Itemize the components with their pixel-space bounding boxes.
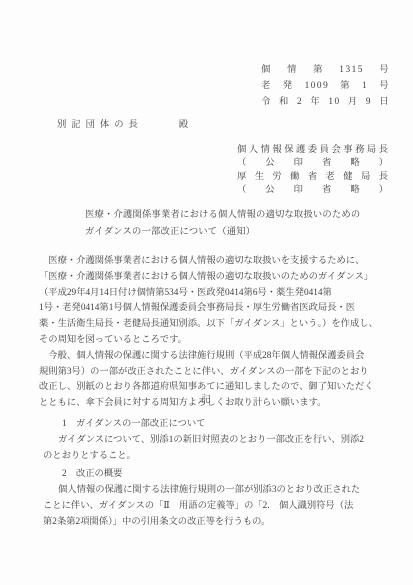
text-line: （平成29年4月14日付け個情第534号・医政発0414第6号・薬生発0414第 <box>39 286 384 302</box>
text-line: ガイダンスについて、別添1の新旧対照表のとおり一部改正を行い、別添2 <box>43 432 388 448</box>
body-paragraph-1: 医療・介護関係事業者における個人情報の適切な取扱いを支援するために、 「医療・介… <box>39 254 384 349</box>
body-text: 医療・介護関係事業者における個人情報の適切な取扱いを支援するために、 「医療・介… <box>39 254 384 412</box>
recipient-honorific: 殿 <box>179 119 188 131</box>
document-number-line: 老発1009第1号 <box>261 78 390 94</box>
document-title-line: 医療・介護関係事業者における個人情報の適切な取扱いのための <box>85 207 360 224</box>
text-line: 薬・生活衛生局長・老健局長通知別添。以下「ガイダンス」という。）を作成し、 <box>39 317 384 333</box>
sender-block: 個人情報保護委員会事務局長 （公印省略） 厚生労働省老健局長 （公印省略） <box>237 144 388 197</box>
document-number-line: 個情第1315号 <box>261 62 390 78</box>
document-page: 個情第1315号 老発1009第1号 令和2年10月9日 別記団体の長 殿 個人… <box>0 0 413 585</box>
document-number-block: 個情第1315号 老発1009第1号 令和2年10月9日 <box>261 62 390 111</box>
text-line: 規則第3号）の一部が改正されたことに伴い、ガイダンスの一部を下記のとおり <box>39 365 384 381</box>
text-line: その周知を図っているところです。 <box>39 333 384 349</box>
text-line: のとおりとすること。 <box>43 448 388 464</box>
section-heading: 2 改正の概要 <box>43 466 388 482</box>
section-heading: 1 ガイダンスの一部改正について <box>43 416 388 432</box>
document-title-line: ガイダンスの一部改正について（通知） <box>85 224 360 241</box>
recipient-name: 別記団体の長 <box>57 119 143 131</box>
text-line: 「医療・介護関係事業者における個人情報の適切な取扱いのためのガイダンス」 <box>39 270 384 286</box>
document-title: 医療・介護関係事業者における個人情報の適切な取扱いのための ガイダンスの一部改正… <box>85 207 360 240</box>
document-date-line: 令和2年10月9日 <box>261 94 390 110</box>
text-line: ことに伴い、ガイダンスの「Ⅱ 用語の定義等」の「2. 個人識別符号（法 <box>43 498 388 514</box>
seal-omitted-line: （公印省略） <box>237 184 388 197</box>
seal-omitted-line: （公印省略） <box>237 157 388 170</box>
sender-title-line: 個人情報保護委員会事務局長 <box>237 144 388 157</box>
recipient-line: 別記団体の長 殿 <box>57 119 188 131</box>
text-line: 個人情報の保護に関する法律施行規則の一部が別添3のとおり改正された <box>43 482 388 498</box>
text-line: 今般、個人情報の保護に関する法律施行規則（平成28年個人情報保護委員会 <box>39 349 384 365</box>
record-marker: 記 <box>0 391 413 405</box>
text-line: 1号・老発0414第1号個人情報保護委員会事務局長・厚生労働省医政局長・医 <box>39 301 384 317</box>
section-2: 2 改正の概要 個人情報の保護に関する法律施行規則の一部が別添3のとおり改正され… <box>43 466 388 530</box>
text-line: 第2条第2項関係）」中の引用条文の改正等を行うもの。 <box>43 514 388 530</box>
section-1: 1 ガイダンスの一部改正について ガイダンスについて、別添1の新旧対照表のとおり… <box>43 416 388 464</box>
sender-title-line: 厚生労働省老健局長 <box>237 171 388 184</box>
text-line: 医療・介護関係事業者における個人情報の適切な取扱いを支援するために、 <box>39 254 384 270</box>
